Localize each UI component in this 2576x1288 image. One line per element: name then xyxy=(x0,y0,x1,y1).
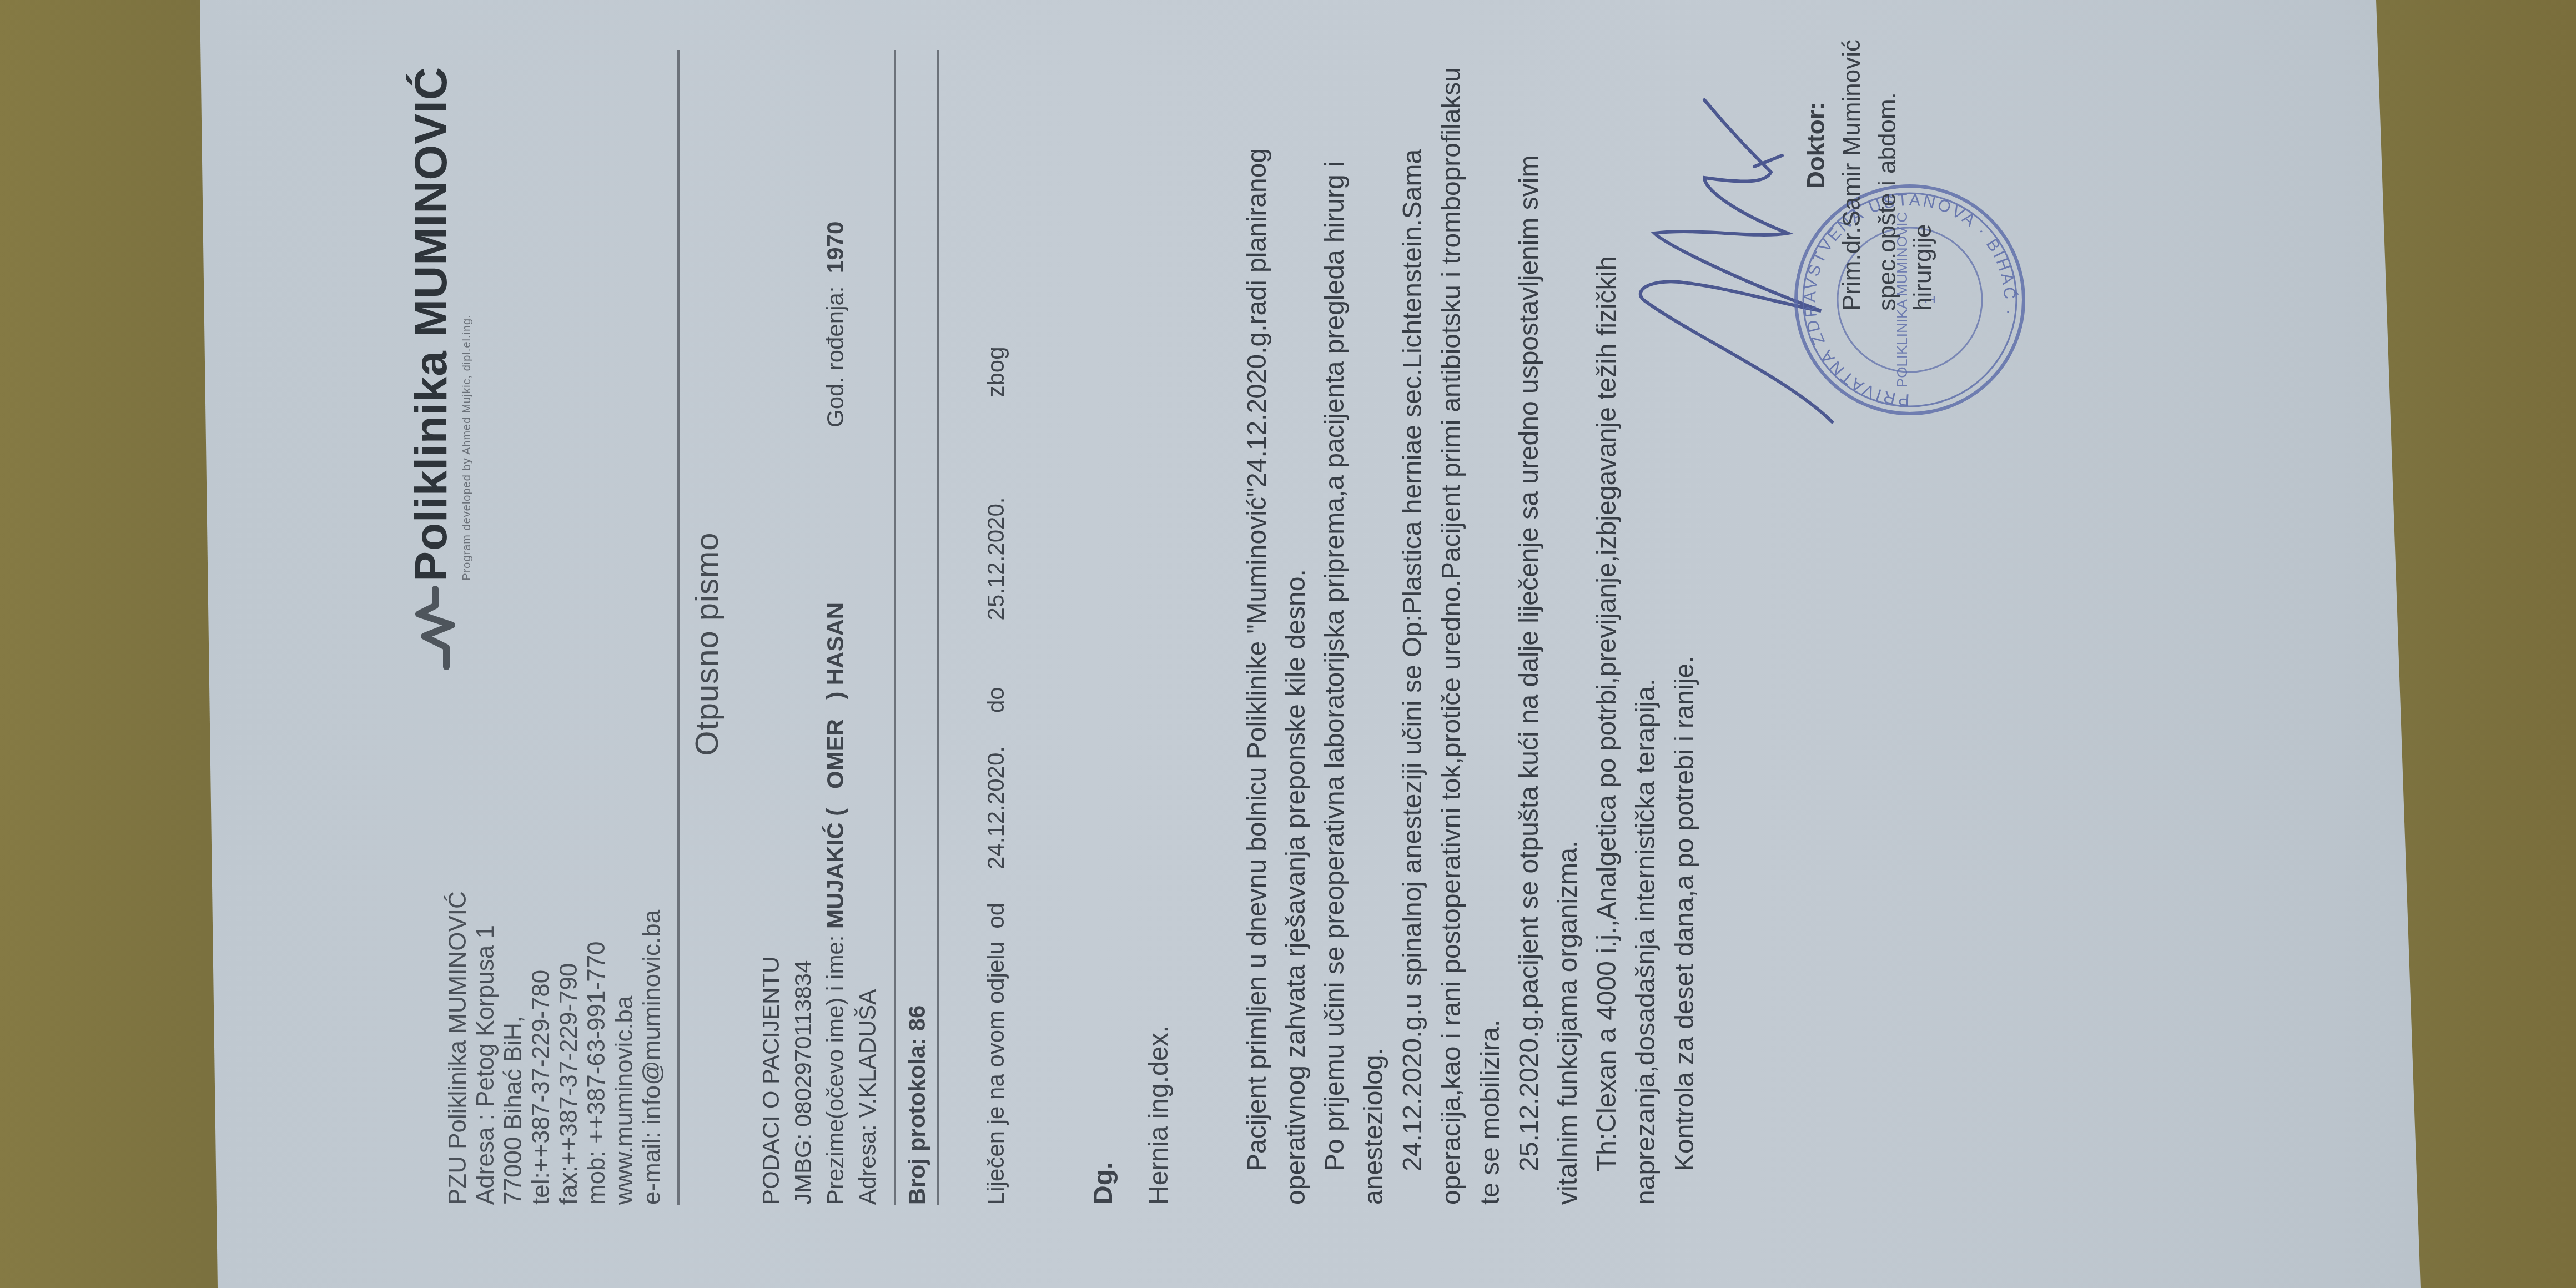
treatment-period: Liječen je na ovom odjelu od 24.12.2020.… xyxy=(983,346,1009,1205)
treatment-suffix: zbog xyxy=(983,346,1009,397)
narrative-paragraph: Pacijent primljen u dnevnu bolnicu Polik… xyxy=(1238,61,1316,1205)
clinic-website: www.muminovic.ba xyxy=(611,891,638,1205)
logo-tagline: Program developed by Ahmed Mujkic, dipl.… xyxy=(461,67,474,581)
doctor-specialty: spec.opšte i abdom. hirurgije xyxy=(1870,11,1941,311)
diagnosis-label: Dg. xyxy=(1088,1162,1119,1205)
birth-year-value: 1970 xyxy=(822,222,848,273)
clinic-address: Adresa : Petog Korpusa 1 xyxy=(472,891,500,1205)
clinic-fax: fax:++387-37-229-790 xyxy=(555,891,583,1205)
patient-section-heading: PODACI O PACIJENTU xyxy=(755,39,787,1205)
treatment-from-date: 24.12.2020. xyxy=(983,746,1009,869)
clinic-logo: Poliklinika MUMINOVIĆ Program developed … xyxy=(405,67,474,670)
narrative-paragraph: 24.12.2020.g.u spinalnoj anesteziji učin… xyxy=(1393,61,1510,1205)
narrative-paragraph: Po prijemu učini se preoperativna labora… xyxy=(1316,61,1393,1205)
clinic-email: e-mail: info@muminovic.ba xyxy=(638,891,666,1205)
patient-name: MUJAKIĆ ( OMER ) HASAN xyxy=(819,602,852,929)
clinic-name: PZU Poliklinika MUMINOVIĆ xyxy=(444,891,472,1205)
discharge-letter-page: PZU Poliklinika MUMINOVIĆ Adresa : Petog… xyxy=(200,0,2421,1288)
name-label: Prezime(očevo ime) i ime: xyxy=(819,935,852,1205)
protocol-value: 86 xyxy=(904,1005,930,1032)
birth-year-label: God. rođenja: xyxy=(822,286,848,427)
doctor-block: Doktor: Prim.dr.Samir Muminović spec.opš… xyxy=(1799,11,1941,455)
document-title: Otpusno pismo xyxy=(688,0,726,1288)
protocol-number: Broj protokola: 86 xyxy=(904,1005,930,1205)
clinic-mob: mob: ++387-63-991-770 xyxy=(583,891,611,1205)
treatment-prefix: Liječen je na ovom odjelu od xyxy=(983,903,1009,1205)
divider xyxy=(677,50,680,1205)
heartbeat-logo-icon xyxy=(407,586,457,670)
doctor-label: Doktor: xyxy=(1799,11,1834,189)
divider xyxy=(894,50,896,1205)
doctor-name: Prim.dr.Samir Muminović xyxy=(1834,11,1870,311)
clinic-tel: tel:++387-37-229-780 xyxy=(527,891,555,1205)
logo-name: Poliklinika MUMINOVIĆ xyxy=(405,67,457,582)
divider xyxy=(937,50,939,1205)
jmbg-label: JMBG: xyxy=(787,1134,819,1205)
protocol-label: Broj protokola: xyxy=(904,1038,930,1205)
diagnosis-value: Hernia ing.dex. xyxy=(1144,1025,1174,1205)
narrative-paragraph: 25.12.2020.g.pacijent se otpušta kući na… xyxy=(1510,61,1588,1205)
clinic-city: 77000 Bihać BiH, xyxy=(500,891,527,1205)
address-value: V.KLADUŠA xyxy=(852,989,884,1118)
treatment-to-label: do xyxy=(983,687,1009,713)
clinic-info: PZU Poliklinika MUMINOVIĆ Adresa : Petog… xyxy=(444,891,666,1205)
address-label: Adresa: xyxy=(852,1124,884,1205)
patient-data: PODACI O PACIJENTU JMBG: 0802970113834 P… xyxy=(755,39,884,1205)
treatment-to-date: 25.12.2020. xyxy=(983,497,1009,621)
jmbg-value: 0802970113834 xyxy=(787,960,819,1127)
